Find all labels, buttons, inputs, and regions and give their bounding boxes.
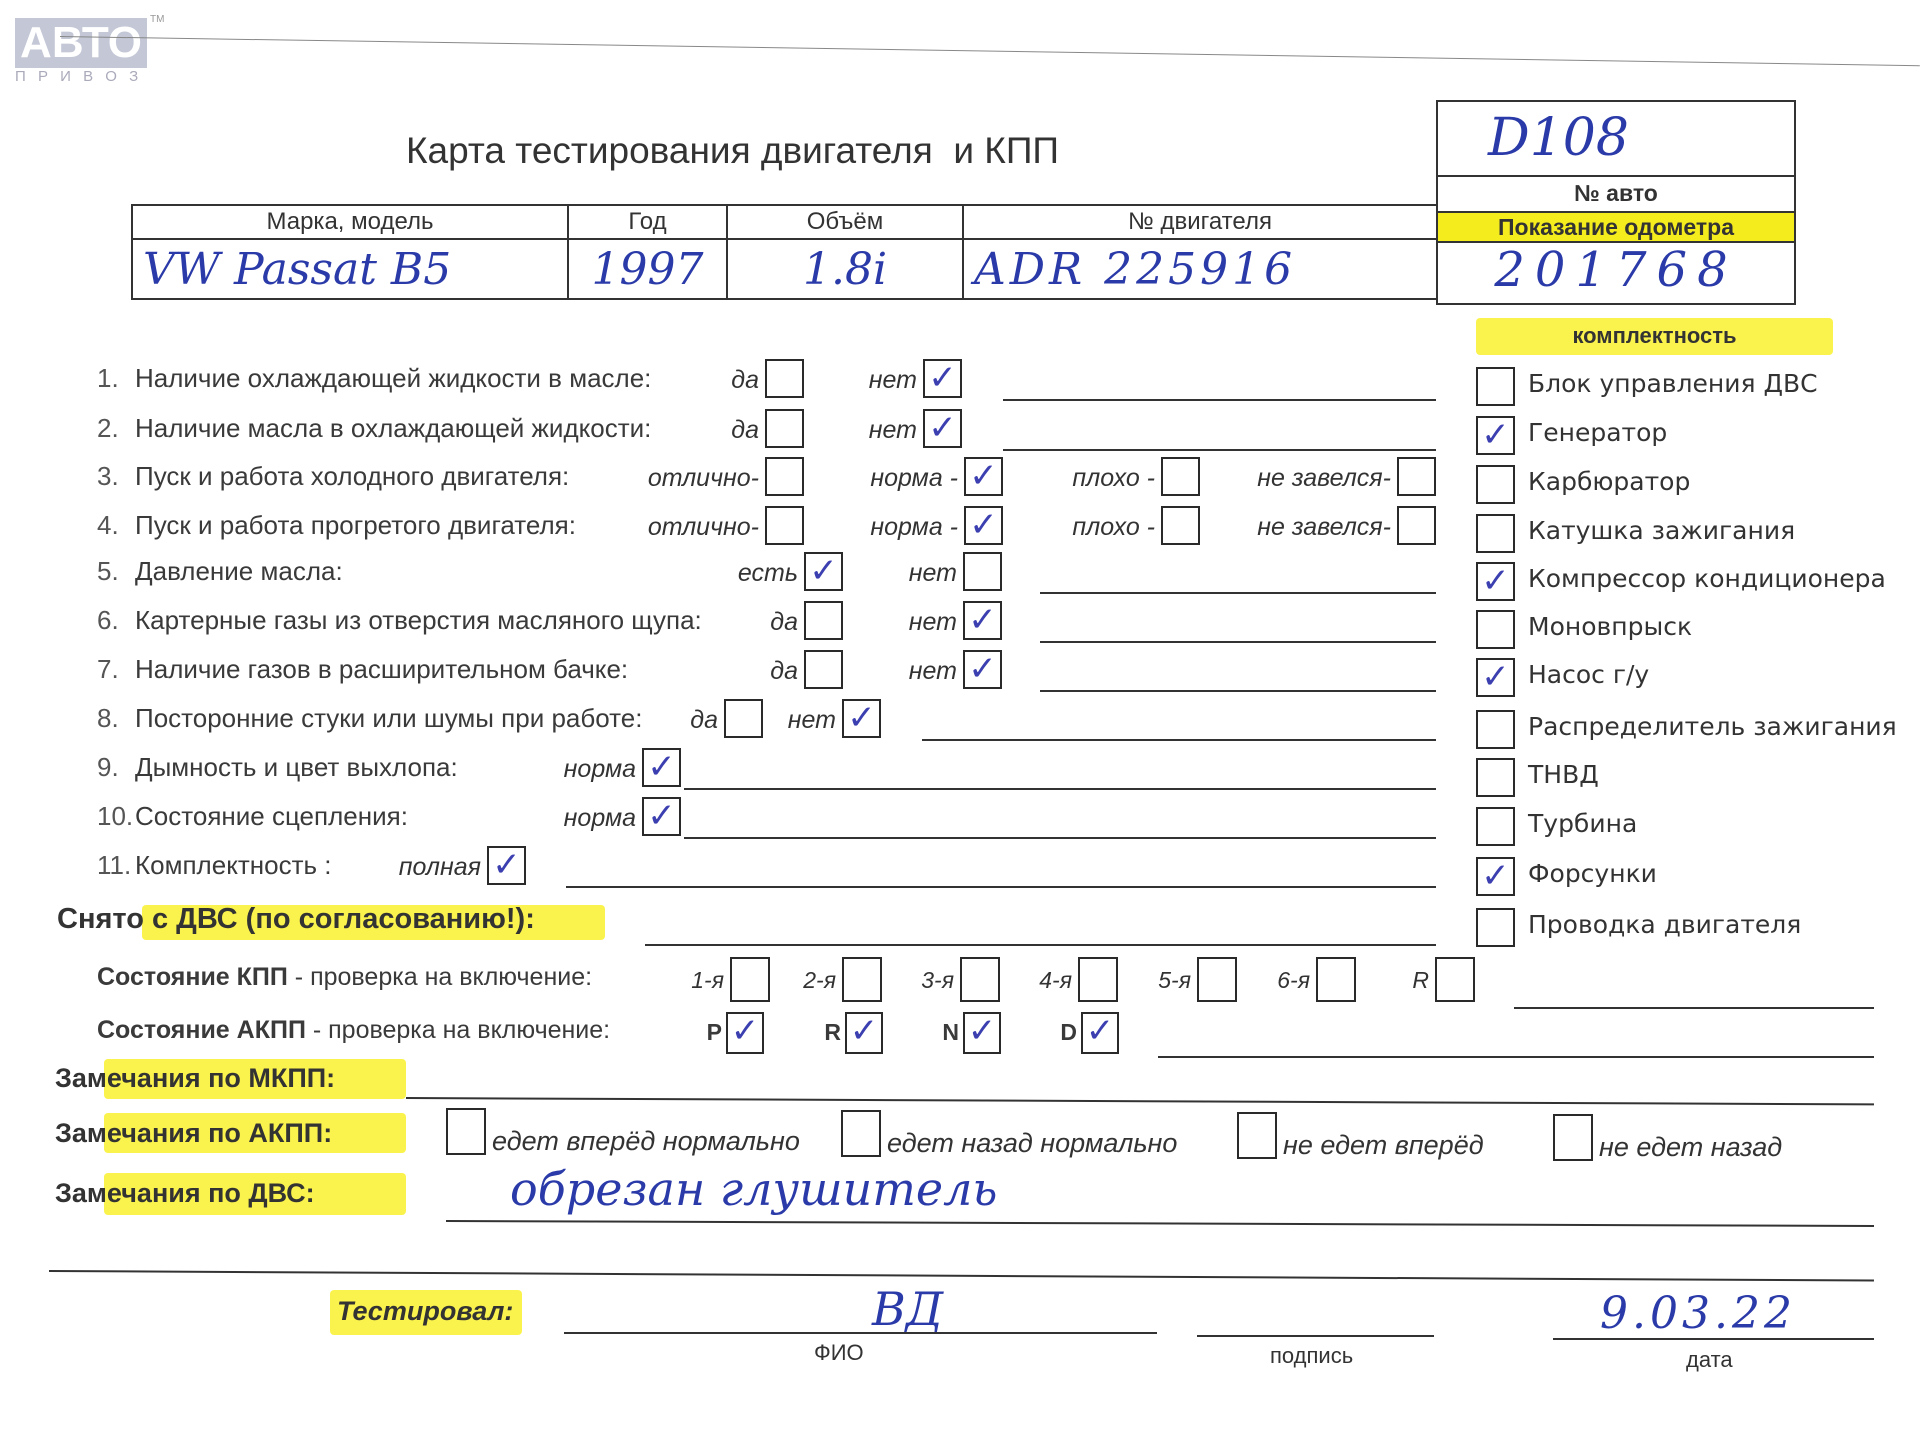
checkmark-icon: ✓ — [644, 746, 679, 788]
gear-checkbox[interactable] — [960, 957, 1000, 1002]
completeness-checkbox[interactable] — [1476, 514, 1515, 553]
col-header-volume: Объём — [727, 205, 963, 239]
checkmark-icon: ✓ — [1478, 414, 1513, 456]
gear-checkbox[interactable] — [1078, 957, 1118, 1002]
option-label: есть — [738, 559, 798, 588]
notes-line[interactable] — [1003, 449, 1436, 451]
mkpp-remarks-line[interactable] — [406, 1097, 1874, 1105]
notes-line[interactable] — [566, 886, 1436, 888]
notes-line[interactable] — [684, 837, 1436, 839]
completeness-checkbox[interactable] — [1476, 710, 1515, 749]
mkpp-remarks-label: Замечания по МКПП: — [55, 1063, 335, 1094]
logo-sub: П Р И В О З — [15, 68, 142, 85]
option-checkbox[interactable]: ✓ — [804, 552, 843, 591]
completeness-checkbox[interactable]: ✓ — [1476, 857, 1515, 896]
completeness-item-label: Турбина — [1528, 809, 1637, 838]
gear-label: 6-я — [1277, 967, 1310, 994]
option-checkbox[interactable]: ✓ — [642, 748, 681, 787]
option-checkbox[interactable]: ✓ — [963, 650, 1002, 689]
name-caption: ФИО — [814, 1340, 864, 1366]
volume-value[interactable]: 1.8i — [727, 239, 963, 299]
option-label: полная — [399, 853, 481, 882]
option-checkbox[interactable]: ✓ — [487, 846, 526, 885]
item-number: 10. — [97, 801, 133, 832]
completeness-checkbox[interactable] — [1476, 758, 1515, 797]
completeness-item-label: Моновпрыск — [1528, 612, 1692, 641]
option-label: нет — [909, 559, 957, 588]
option-label: нет — [909, 657, 957, 686]
option-checkbox[interactable]: ✓ — [964, 506, 1003, 545]
col-header-make-model: Марка, модель — [132, 205, 568, 239]
item-label: Давление масла: — [135, 556, 343, 587]
akpp-option-checkbox[interactable] — [841, 1110, 881, 1157]
logo-tm: TM — [150, 14, 164, 25]
completeness-checkbox[interactable]: ✓ — [1476, 416, 1515, 455]
item-label: Пуск и работа холодного двигателя: — [135, 461, 569, 492]
tester-name-value[interactable]: ВД — [872, 1282, 943, 1336]
auto-box: D108 № авто Показание одометра 201768 — [1436, 100, 1796, 305]
date-value[interactable]: 9.03.22 — [1600, 1288, 1796, 1339]
gear-label: 1-я — [691, 967, 724, 994]
checkmark-icon: ✓ — [1083, 1010, 1117, 1052]
checkmark-icon: ✓ — [1478, 560, 1513, 602]
item-label: Наличие газов в расширительном бачке: — [135, 654, 628, 685]
item-label: Наличие масла в охлаждающей жидкости: — [135, 413, 651, 444]
completeness-checkbox[interactable] — [1476, 367, 1515, 406]
signature-caption: подпись — [1270, 1343, 1353, 1369]
logo: АВТО — [15, 18, 147, 68]
gear-label: R — [1412, 967, 1429, 994]
completeness-item-label: ТНВД — [1528, 760, 1599, 789]
checkmark-icon: ✓ — [925, 357, 960, 399]
item-label: Комплектность : — [135, 850, 332, 881]
option-label: норма — [564, 755, 636, 784]
option-label: не завелся- — [1257, 464, 1391, 493]
item-number: 9. — [97, 752, 119, 783]
auto-number-label: № авто — [1438, 180, 1794, 207]
date-caption: дата — [1686, 1347, 1733, 1373]
checkmark-icon: ✓ — [965, 1010, 999, 1052]
completeness-checkbox[interactable]: ✓ — [1476, 658, 1515, 697]
gear-checkbox[interactable] — [1435, 957, 1475, 1002]
option-checkbox[interactable]: ✓ — [963, 601, 1002, 640]
option-checkbox[interactable]: ✓ — [923, 409, 962, 448]
akpp-option-label: не едет назад — [1599, 1132, 1782, 1163]
dvs-remarks-label: Замечания по ДВС: — [55, 1178, 315, 1209]
removed-label: Снято с ДВС (по согласованию!): — [57, 903, 535, 936]
completeness-checkbox[interactable] — [1476, 807, 1515, 846]
completeness-checkbox[interactable] — [1476, 610, 1515, 649]
option-label: норма — [564, 804, 636, 833]
item-label: Наличие охлаждающей жидкости в масле: — [135, 363, 651, 394]
completeness-item-label: Компрессор кондиционера — [1528, 564, 1886, 593]
completeness-item-label: Карбюратор — [1528, 467, 1690, 496]
option-checkbox[interactable] — [1397, 506, 1436, 545]
option-label: да — [770, 608, 798, 637]
checkmark-icon: ✓ — [965, 599, 1000, 641]
item-label: Дымность и цвет выхлопа: — [135, 752, 458, 783]
gear-label: 3-я — [921, 967, 954, 994]
vehicle-table: Марка, модель Год Объём № двигателя VW P… — [131, 204, 1438, 300]
gear-checkbox[interactable]: ✓ — [963, 1012, 1001, 1054]
completeness-checkbox[interactable] — [1476, 908, 1515, 947]
item-number: 2. — [97, 413, 119, 444]
option-label: норма - — [870, 464, 958, 493]
gear-checkbox[interactable]: ✓ — [1081, 1012, 1119, 1054]
notes-line[interactable] — [922, 739, 1436, 741]
removed-line[interactable] — [645, 944, 1436, 946]
checkmark-icon: ✓ — [966, 504, 1001, 546]
gear-label: 5-я — [1158, 967, 1191, 994]
option-label: да — [731, 366, 759, 395]
option-checkbox[interactable]: ✓ — [642, 797, 681, 836]
akpp-option-checkbox[interactable] — [446, 1108, 486, 1155]
item-number: 8. — [97, 703, 119, 734]
gear-checkbox[interactable] — [730, 957, 770, 1002]
notes-line[interactable] — [1040, 592, 1436, 594]
checkmark-icon: ✓ — [728, 1010, 762, 1052]
checkmark-icon: ✓ — [1478, 656, 1513, 698]
odometer-value[interactable]: 201768 — [1438, 242, 1794, 298]
manual-gearbox-label: Состояние КПП - проверка на включение: — [97, 963, 592, 992]
option-checkbox[interactable] — [804, 601, 843, 640]
item-number: 7. — [97, 654, 119, 685]
completeness-item-label: Катушка зажигания — [1528, 516, 1795, 545]
option-label: отлично- — [648, 513, 759, 542]
tested-label: Тестировал: — [337, 1296, 513, 1327]
akpp-option-checkbox[interactable] — [1237, 1112, 1277, 1159]
checkmark-icon: ✓ — [847, 1010, 881, 1052]
option-label: нет — [869, 416, 917, 445]
completeness-item-label: Генератор — [1528, 418, 1667, 447]
completeness-title: комплектность — [1476, 323, 1833, 349]
gear-label: 4-я — [1039, 967, 1072, 994]
item-number: 4. — [97, 510, 119, 541]
item-label: Картерные газы из отверстия масляного щу… — [135, 605, 702, 636]
notes-line[interactable] — [1040, 641, 1436, 643]
gear-checkbox[interactable] — [1316, 957, 1356, 1002]
item-number: 6. — [97, 605, 119, 636]
item-number: 5. — [97, 556, 119, 587]
completeness-item-label: Насос г/у — [1528, 660, 1649, 689]
akpp-option-label: едет назад нормально — [887, 1128, 1177, 1159]
notes-line[interactable] — [684, 788, 1436, 790]
gear-checkbox[interactable]: ✓ — [845, 1012, 883, 1054]
gear-label: R — [824, 1019, 841, 1046]
completeness-item-label: Проводка двигателя — [1528, 910, 1801, 939]
completeness-checkbox[interactable] — [1476, 465, 1515, 504]
item-label: Пуск и работа прогретого двигателя: — [135, 510, 576, 541]
option-checkbox[interactable] — [1161, 506, 1200, 545]
gear-label: N — [942, 1019, 959, 1046]
checkmark-icon: ✓ — [806, 550, 841, 592]
completeness-item-label: Распределитель зажигания — [1528, 712, 1897, 741]
option-label: да — [770, 657, 798, 686]
checkmark-icon: ✓ — [844, 697, 879, 739]
option-label: нет — [909, 608, 957, 637]
gear-label: P — [707, 1019, 722, 1046]
notes-line[interactable] — [1040, 690, 1436, 692]
option-checkbox[interactable] — [765, 359, 804, 398]
signature-line[interactable] — [1197, 1335, 1434, 1337]
option-checkbox[interactable] — [1397, 457, 1436, 496]
option-label: отлично- — [648, 464, 759, 493]
page-title: Карта тестирования двигателя и КПП — [406, 130, 1059, 172]
option-label: плохо - — [1072, 513, 1155, 542]
option-checkbox[interactable] — [765, 457, 804, 496]
engine-number-value[interactable]: ADR 225916 — [963, 239, 1437, 299]
gear-checkbox[interactable] — [842, 957, 882, 1002]
auto-number-value[interactable]: D108 — [1488, 108, 1629, 168]
logo-brand: АВТО — [15, 18, 147, 68]
gear-checkbox[interactable]: ✓ — [726, 1012, 764, 1054]
make-model-value[interactable]: VW Passat B5 — [132, 239, 568, 299]
gear-checkbox[interactable] — [1197, 957, 1237, 1002]
option-checkbox[interactable] — [1161, 457, 1200, 496]
completeness-item-label: Форсунки — [1528, 859, 1657, 888]
checkmark-icon: ✓ — [965, 648, 1000, 690]
option-checkbox[interactable] — [765, 409, 804, 448]
item-label: Посторонние стуки или шумы при работе: — [135, 703, 642, 734]
gear-label: D — [1060, 1019, 1077, 1046]
gear-label: 2-я — [803, 967, 836, 994]
completeness-checkbox[interactable]: ✓ — [1476, 562, 1515, 601]
checkmark-icon: ✓ — [644, 795, 679, 837]
completeness-item-label: Блок управления ДВС — [1528, 369, 1818, 398]
option-checkbox[interactable] — [724, 699, 763, 738]
checkmark-icon: ✓ — [966, 455, 1001, 497]
item-number: 3. — [97, 461, 119, 492]
checkmark-icon: ✓ — [489, 844, 524, 886]
option-label: да — [731, 416, 759, 445]
top-stroke — [60, 36, 1920, 66]
option-checkbox[interactable] — [963, 552, 1002, 591]
option-label: да — [690, 706, 718, 735]
akpp-option-label: не едет вперёд — [1283, 1130, 1484, 1161]
notes-line[interactable] — [1003, 399, 1436, 401]
dvs-remarks-value[interactable]: обрезан глушитель — [510, 1162, 997, 1216]
col-header-year: Год — [568, 205, 727, 239]
akpp-remarks-label: Замечания по АКПП: — [55, 1118, 332, 1149]
checkmark-icon: ✓ — [925, 407, 960, 449]
option-checkbox[interactable]: ✓ — [923, 359, 962, 398]
item-number: 11. — [97, 850, 131, 881]
option-label: норма - — [870, 513, 958, 542]
option-label: плохо - — [1072, 464, 1155, 493]
option-checkbox[interactable]: ✓ — [964, 457, 1003, 496]
option-label: нет — [869, 366, 917, 395]
akpp-option-checkbox[interactable] — [1553, 1114, 1593, 1161]
year-value[interactable]: 1997 — [568, 239, 727, 299]
auto-gearbox-label: Состояние АКПП - проверка на включение: — [97, 1016, 610, 1045]
option-checkbox[interactable] — [765, 506, 804, 545]
option-label: не завелся- — [1257, 513, 1391, 542]
item-number: 1. — [97, 363, 119, 394]
option-label: нет — [788, 706, 836, 735]
option-checkbox[interactable]: ✓ — [842, 699, 881, 738]
odometer-label: Показание одометра — [1438, 211, 1794, 243]
item-label: Состояние сцепления: — [135, 801, 408, 832]
option-checkbox[interactable] — [804, 650, 843, 689]
akpp-option-label: едет вперёд нормально — [492, 1126, 800, 1157]
col-header-engine-number: № двигателя — [963, 205, 1437, 239]
checkmark-icon: ✓ — [1478, 855, 1513, 897]
